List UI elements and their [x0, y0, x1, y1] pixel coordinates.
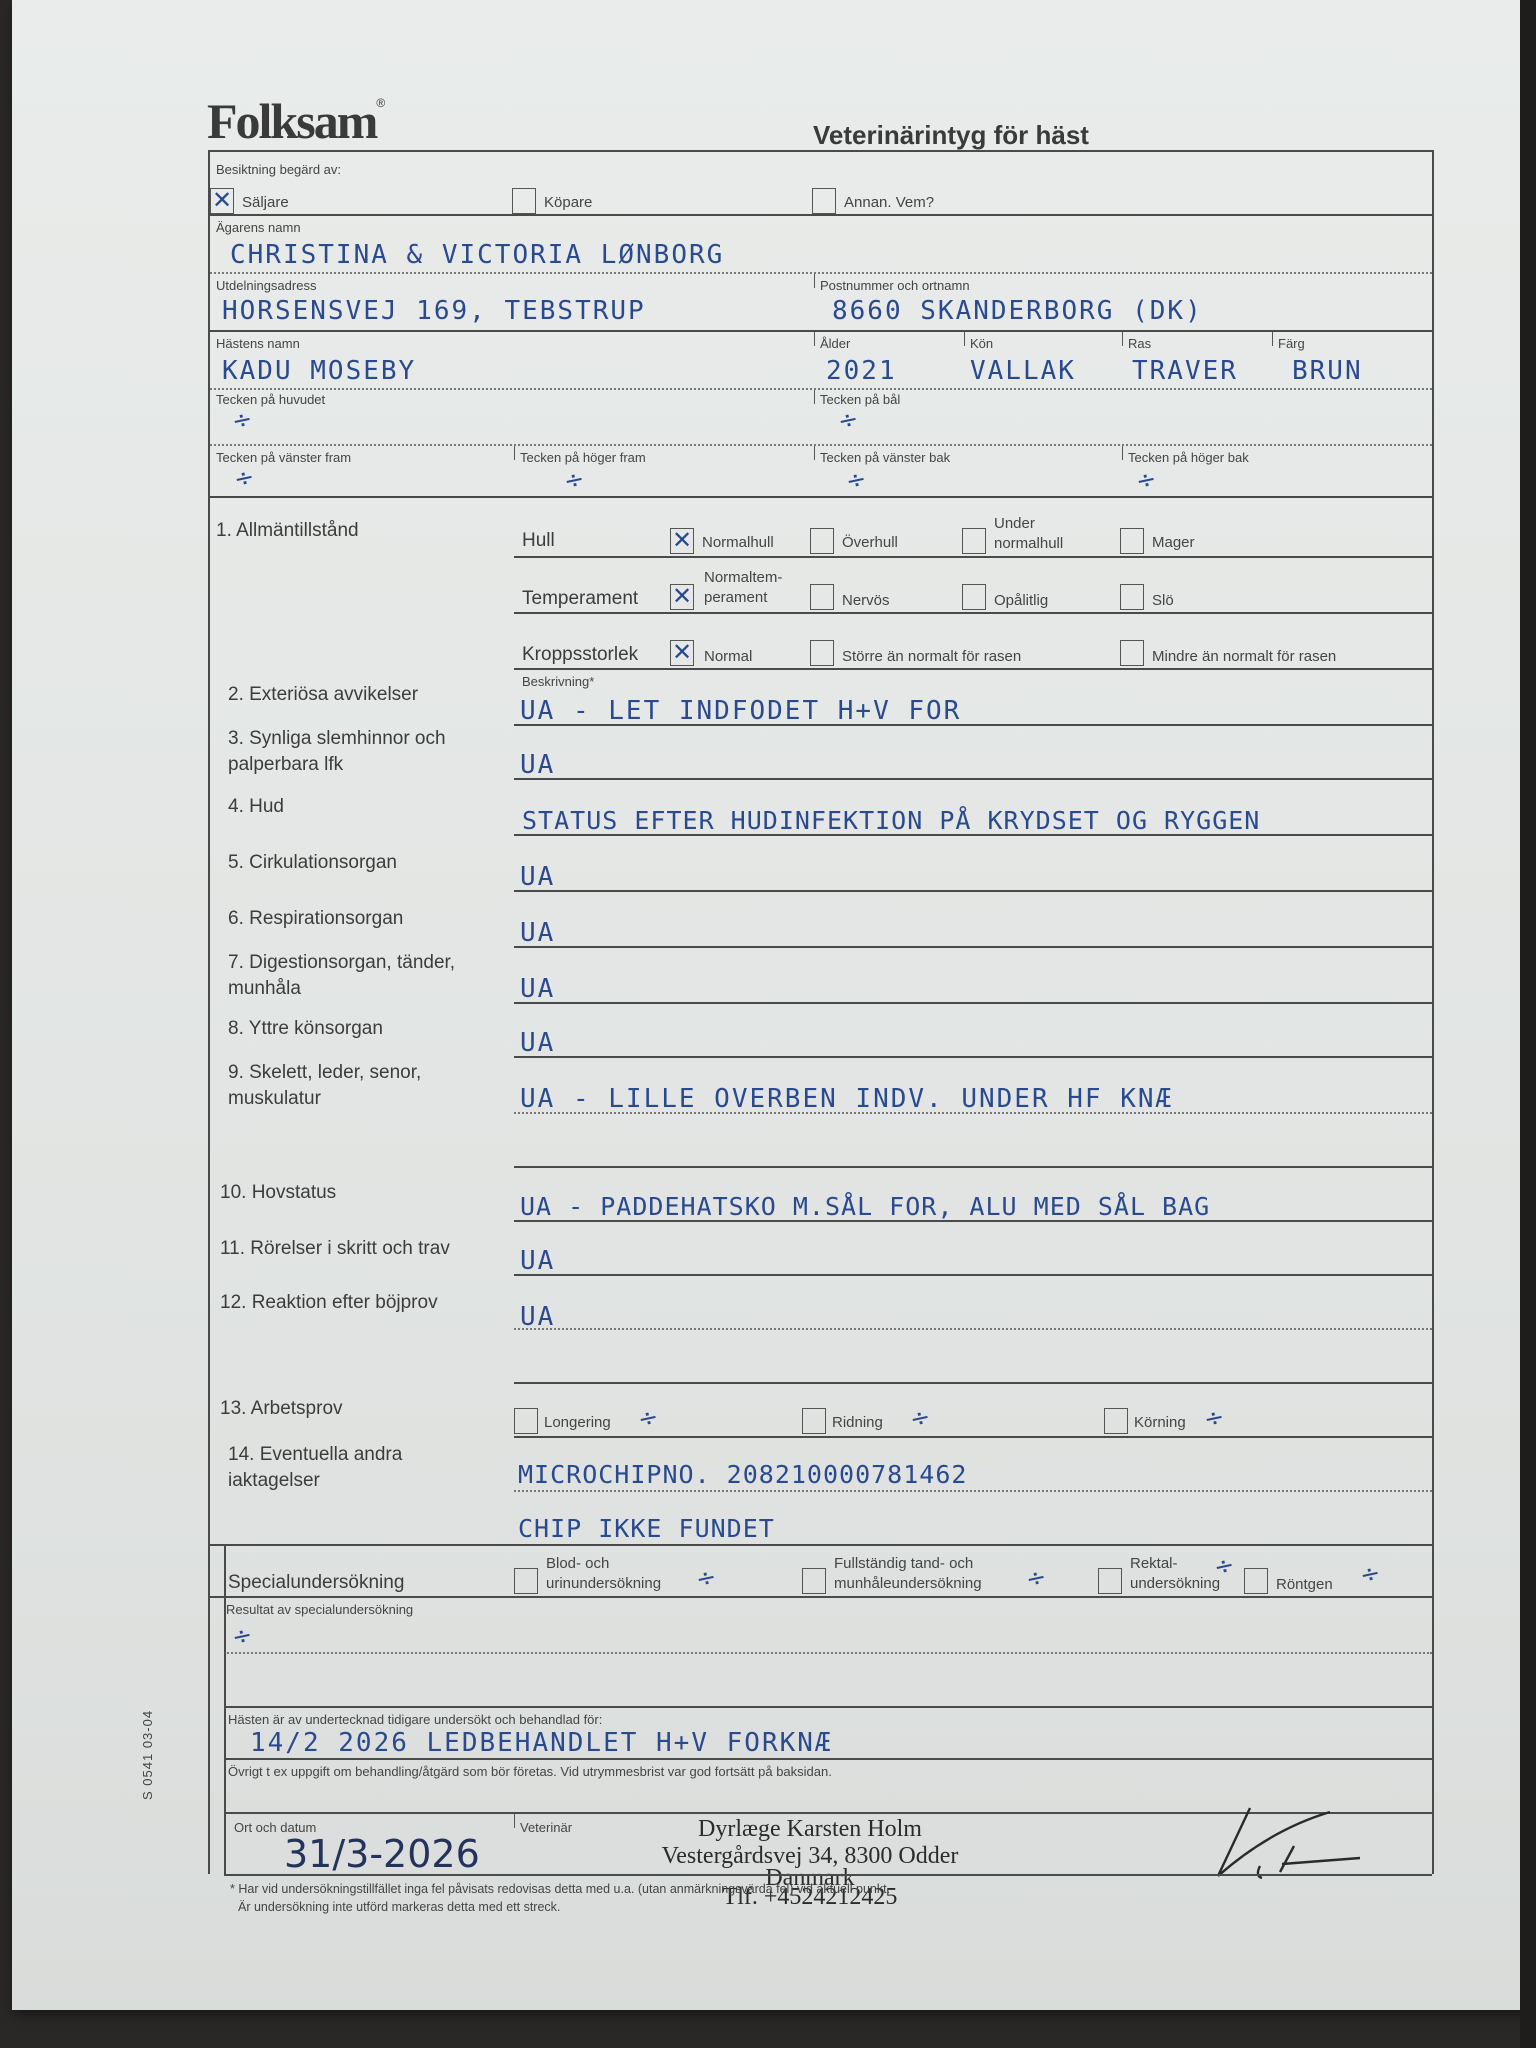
- checkbox-larger-size[interactable]: [810, 640, 834, 666]
- horse-name-label: Hästens namn: [216, 336, 300, 351]
- section-2-label: 2. Exteriösa avvikelser: [228, 684, 418, 706]
- form-code: S 0541 03-04: [140, 1710, 155, 1800]
- observations-label: 14. Eventuella andra iaktagelser: [228, 1442, 468, 1494]
- breed-label: Ras: [1128, 336, 1151, 351]
- head-marking-value[interactable]: ÷: [229, 404, 254, 436]
- smaller-size-label: Mindre än normalt för rasen: [1152, 648, 1336, 665]
- body-marking-label: Tecken på bål: [820, 392, 900, 407]
- age-label: Ålder: [820, 336, 850, 351]
- checkbox-normal-temperament[interactable]: ✕: [670, 584, 694, 610]
- background-edge: [1520, 0, 1536, 2048]
- under-normalhull-label: Under normalhull: [994, 514, 1084, 554]
- rh-marking-value[interactable]: ÷: [1133, 464, 1158, 496]
- lf-marking-value[interactable]: ÷: [231, 462, 256, 494]
- checkbox-riding[interactable]: [802, 1408, 826, 1434]
- checkbox-unreliable[interactable]: [962, 584, 986, 610]
- checkbox-under-normalhull[interactable]: [962, 528, 986, 554]
- postal-value[interactable]: 8660 SKANDERBORG (DK): [832, 296, 1203, 326]
- observations-line-1[interactable]: MICROCHIPNO. 208210000781462: [518, 1460, 967, 1489]
- special-exam-result-value[interactable]: ÷: [229, 1620, 254, 1652]
- general-condition-label: 1. Allmäntillstånd: [216, 520, 359, 542]
- owner-name-value[interactable]: CHRISTINA & VICTORIA LØNBORG: [230, 240, 724, 270]
- checkbox-sluggish[interactable]: [1120, 584, 1144, 610]
- checkbox-normal-size[interactable]: ✕: [670, 640, 694, 666]
- normalhull-label: Normalhull: [702, 534, 774, 551]
- document-title: Veterinärintyg för häst: [813, 120, 1089, 151]
- lungeing-note[interactable]: ÷: [635, 1402, 660, 1434]
- color-label: Färg: [1278, 336, 1305, 351]
- section-2-value[interactable]: UA - LET INDFODET H+V FOR: [520, 696, 961, 726]
- observations-line-2[interactable]: CHIP IKKE FUNDET: [518, 1514, 775, 1543]
- checkbox-seller[interactable]: ✕: [210, 188, 234, 214]
- description-label: Beskrivning*: [522, 674, 594, 689]
- mager-label: Mager: [1152, 534, 1195, 551]
- section-4-label: 4. Hud: [228, 796, 284, 818]
- section-4-value[interactable]: STATUS EFTER HUDINFEKTION PÅ KRYDSET OG …: [522, 806, 1260, 835]
- address-value[interactable]: HORSENSVEJ 169, TEBSTRUP: [222, 296, 646, 326]
- special-exam-result-label: Resultat av specialundersökning: [226, 1602, 413, 1617]
- color-value[interactable]: BRUN: [1292, 356, 1363, 386]
- lh-marking-label: Tecken på vänster bak: [820, 450, 950, 465]
- driving-label: Körning: [1134, 1414, 1186, 1431]
- nervous-label: Nervös: [842, 592, 890, 609]
- riding-note[interactable]: ÷: [907, 1402, 932, 1434]
- checkbox-normalhull[interactable]: ✕: [670, 528, 694, 554]
- overhull-label: Överhull: [842, 534, 898, 551]
- blood-urine-note[interactable]: ÷: [693, 1562, 718, 1594]
- rf-marking-value[interactable]: ÷: [561, 464, 586, 496]
- section-5-label: 5. Cirkulationsorgan: [228, 852, 397, 874]
- previous-treatment-value[interactable]: 14/2 2026 LEDBEHANDLET H+V FORKNÆ: [250, 1728, 833, 1758]
- horse-name-value[interactable]: KADU MOSEBY: [222, 356, 416, 386]
- checkbox-mager[interactable]: [1120, 528, 1144, 554]
- larger-size-label: Större än normalt för rasen: [842, 648, 1021, 665]
- rf-marking-label: Tecken på höger fram: [520, 450, 646, 465]
- section-7-label: 7. Digestionsorgan, tänder, munhåla: [228, 950, 488, 1002]
- seller-label: Säljare: [242, 194, 289, 211]
- section-10-value[interactable]: UA - PADDEHATSKO M.SÅL FOR, ALU MED SÅL …: [520, 1192, 1210, 1221]
- footnote-line-2: Är undersökning inte utförd markeras det…: [238, 1900, 560, 1914]
- section-12-label: 12. Reaktion efter böjprov: [220, 1292, 438, 1314]
- checkbox-driving[interactable]: [1104, 1408, 1128, 1434]
- breed-value[interactable]: TRAVER: [1132, 356, 1238, 386]
- head-marking-label: Tecken på huvudet: [216, 392, 325, 407]
- checkbox-dental[interactable]: [802, 1568, 826, 1594]
- lf-marking-label: Tecken på vänster fram: [216, 450, 351, 465]
- blood-urine-label: Blod- och urinundersökning: [546, 1554, 686, 1594]
- folksam-logo: Folksam®: [207, 92, 385, 150]
- riding-label: Ridning: [832, 1414, 883, 1431]
- section-7-value[interactable]: UA: [520, 974, 555, 1004]
- section-6-label: 6. Respirationsorgan: [228, 908, 403, 930]
- buyer-label: Köpare: [544, 194, 592, 211]
- other-info-label: Övrigt t ex uppgift om behandling/åtgärd…: [228, 1764, 832, 1779]
- dental-label: Fullständig tand- och munhåleundersöknin…: [834, 1554, 1024, 1594]
- xray-label: Röntgen: [1276, 1576, 1333, 1593]
- postal-label: Postnummer och ortnamn: [820, 278, 970, 293]
- xray-note[interactable]: ÷: [1357, 1558, 1382, 1590]
- section-11-value[interactable]: UA: [520, 1246, 555, 1276]
- section-3-value[interactable]: UA: [520, 750, 555, 780]
- section-11-label: 11. Rörelser i skritt och trav: [220, 1238, 450, 1260]
- other-label: Annan. Vem?: [844, 194, 934, 211]
- body-condition-label: Hull: [522, 530, 555, 552]
- place-date-value[interactable]: 31/3-2026: [284, 1832, 480, 1876]
- checkbox-blood-urine[interactable]: [514, 1568, 538, 1594]
- checkbox-other[interactable]: [812, 188, 836, 214]
- owner-name-label: Ägarens namn: [216, 220, 301, 235]
- checkbox-rectal[interactable]: [1098, 1568, 1122, 1594]
- section-9-value[interactable]: UA - LILLE OVERBEN INDV. UNDER HF KNÆ: [520, 1084, 1173, 1114]
- checkbox-buyer[interactable]: [512, 188, 536, 214]
- sex-label: Kön: [970, 336, 993, 351]
- vet-signature: [1210, 1800, 1390, 1880]
- checkbox-overhull[interactable]: [810, 528, 834, 554]
- certificate-form: Besiktning begärd av: ✕ Säljare Köpare A…: [208, 150, 1434, 1874]
- requested-by-label: Besiktning begärd av:: [216, 162, 341, 177]
- sluggish-label: Slö: [1152, 592, 1174, 609]
- section-9-label: 9. Skelett, leder, senor, muskulatur: [228, 1060, 488, 1112]
- section-3-label: 3. Synliga slemhinnor och palperbara lfk: [228, 726, 488, 778]
- normal-temperament-label: Normaltem- perament: [704, 568, 808, 608]
- age-value[interactable]: 2021: [826, 356, 897, 386]
- special-exam-label: Specialundersökning: [228, 1572, 404, 1594]
- rh-marking-label: Tecken på höger bak: [1128, 450, 1249, 465]
- section-8-value[interactable]: UA: [520, 1028, 555, 1058]
- normal-size-label: Normal: [704, 648, 752, 665]
- sex-value[interactable]: VALLAK: [970, 356, 1076, 386]
- section-5-value[interactable]: UA: [520, 862, 555, 892]
- lh-marking-value[interactable]: ÷: [843, 464, 868, 496]
- driving-note[interactable]: ÷: [1201, 1402, 1226, 1434]
- unreliable-label: Opålitlig: [994, 592, 1048, 609]
- work-test-label: 13. Arbetsprov: [220, 1398, 343, 1420]
- footnote-line-1: * Har vid undersökningstillfället inga f…: [230, 1882, 890, 1896]
- lungeing-label: Longering: [544, 1414, 611, 1431]
- checkbox-lungeing[interactable]: [514, 1408, 538, 1434]
- temperament-label: Temperament: [522, 588, 638, 610]
- checkbox-xray[interactable]: [1244, 1568, 1268, 1594]
- section-6-value[interactable]: UA: [520, 918, 555, 948]
- address-label: Utdelningsadress: [216, 278, 316, 293]
- vet-label: Veterinär: [520, 1820, 572, 1835]
- section-8-label: 8. Yttre könsorgan: [228, 1018, 383, 1040]
- section-10-label: 10. Hovstatus: [220, 1182, 336, 1204]
- dental-note[interactable]: ÷: [1023, 1562, 1048, 1594]
- body-marking-value[interactable]: ÷: [835, 404, 860, 436]
- body-size-label: Kroppsstorlek: [522, 644, 638, 666]
- form-paper: Folksam® Veterinärintyg för häst Besiktn…: [12, 0, 1532, 2010]
- checkbox-smaller-size[interactable]: [1120, 640, 1144, 666]
- checkbox-nervous[interactable]: [810, 584, 834, 610]
- previous-treatment-label: Hästen är av undertecknad tidigare under…: [228, 1712, 602, 1727]
